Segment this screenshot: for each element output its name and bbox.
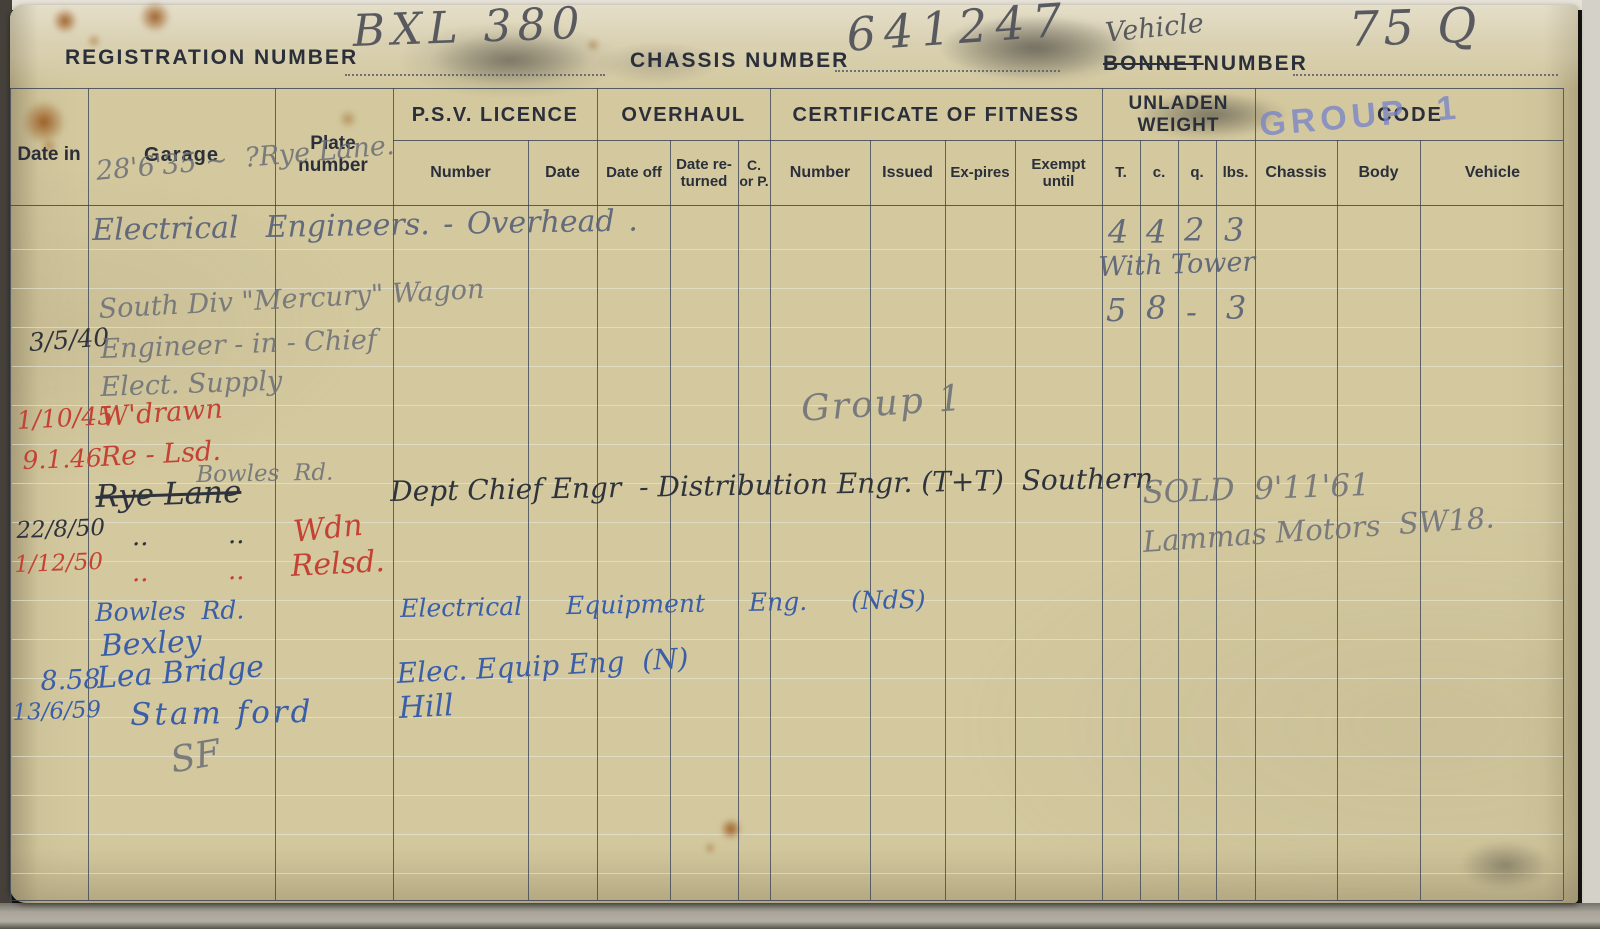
ditto-plate-1: .. [228,522,245,548]
col-header-code-chassis: Chassis [1257,144,1335,202]
ditto-garage-2: .. [132,560,149,586]
table-grid-hline [597,140,770,141]
dotted-leader [1293,72,1558,76]
table-grid-vline [670,140,671,900]
col-header-cof-issued: Issued [872,144,943,202]
weight-t-2: 5 [1106,294,1126,326]
table-grid-vline [88,88,89,900]
graphite-smudge [1460,840,1550,890]
withdrawn-note: W'drawn [100,395,224,430]
garage-hill: Hill [398,691,454,724]
col-header-date-in: Date in [12,110,86,200]
weight-q-2: - [1186,296,1197,328]
date-relicensed-1946: 9.1.46 [22,445,102,473]
date-1950-aug: 22/8/50 [16,517,105,543]
table-grid-vline [738,140,739,900]
date-1958: 8.58 [40,666,101,695]
date-1950-dec: 1/12/50 [14,551,103,577]
scanner-background-bottom [0,903,1600,929]
col-header-weight-c: c. [1142,144,1176,202]
col-header-weight-t: T. [1104,144,1138,202]
col-header-code-vehicle: Vehicle [1422,144,1563,202]
garage-stamford: Stam ford [130,697,314,731]
registration-number-label: REGISTRATION NUMBER [65,46,358,70]
weight-note: With Tower [1098,249,1256,281]
table-grid-vline [870,140,871,900]
garage-bowles-blue: Bowles Rd. [95,597,245,625]
vehicle-record-card-scan: REGISTRATION NUMBER CHASSIS NUMBER BONNE… [0,0,1600,929]
rust-stain [586,38,600,52]
col-header-psv-number: Number [395,144,526,202]
col-header-cof-expires: Ex-pires [947,140,1013,206]
table-grid-vline [1563,88,1564,900]
scanner-background-right [1582,0,1600,929]
weight-lbs-1: 3 [1224,214,1244,246]
col-header-cof-number: Number [772,144,868,202]
table-grid-hline [10,900,1563,901]
registration-value: BXL 380 [352,2,586,54]
dotted-leader [835,68,1060,72]
col-header-weight-lbs: lbs. [1218,144,1253,202]
table-grid-hline [393,140,597,141]
col-header-date-returned: Date re-turned [672,140,736,206]
rust-stain [52,8,78,34]
table-grid-vline [10,88,11,900]
ditto-garage-1: .. [132,524,149,550]
weight-q-1: 2 [1184,214,1204,246]
group-header-certificate-of-fitness: CERTIFICATE OF FITNESS [772,94,1100,136]
col-header-cof-exempt-until: Exempt until [1017,140,1100,206]
table-grid-vline [528,140,529,900]
chassis-number-label: CHASSIS NUMBER [630,49,849,73]
relicensed-1950: Relsd. [290,547,386,582]
table-grid-hline [770,140,1102,141]
col-header-code-body: Body [1339,144,1418,202]
date-withdrawn-1945: 1/10/45 [16,403,114,433]
dotted-leader [345,72,605,76]
table-grid-hline [1102,140,1255,141]
rust-stain [138,2,172,32]
table-grid-hline [10,205,1563,206]
table-grid-vline [945,140,946,900]
weight-t-1: 4 [1108,216,1128,248]
weight-lbs-2: 3 [1226,292,1246,324]
date-in-1940: 3/5/40 [28,324,110,355]
bonnet-struck-word: BONNET [1103,52,1204,75]
bonnet-number-label: BONNETNUMBER [1103,52,1308,76]
date-1959: 13/6/59 [12,699,101,725]
group-header-unladen-weight: UNLADEN WEIGHT [1104,92,1253,138]
col-header-date-off: Date off [602,140,666,206]
sf-note: SF [168,735,223,779]
bonnet-value: 75 Q [1348,1,1481,54]
table-grid-vline [1015,140,1016,900]
col-header-weight-q: q. [1180,144,1214,202]
group-header-overhaul: OVERHAUL [599,94,768,136]
garage-rye-struck: Rye Lane [95,477,242,513]
table-grid-hline [10,88,1563,89]
weight-c-1: 4 [1146,216,1166,248]
weight-c-2: 8 [1146,292,1166,324]
col-header-c-or-p: C. or P. [739,140,769,206]
group-header-psv-licence: P.S.V. LICENCE [395,94,595,136]
rust-stain [704,842,716,854]
withdrawn-1950: Wdn [292,511,364,548]
ditto-plate-2: .. [228,558,245,584]
col-header-psv-date: Date [530,144,595,202]
sold-note: SOLD 9'11'61 [1142,470,1370,509]
